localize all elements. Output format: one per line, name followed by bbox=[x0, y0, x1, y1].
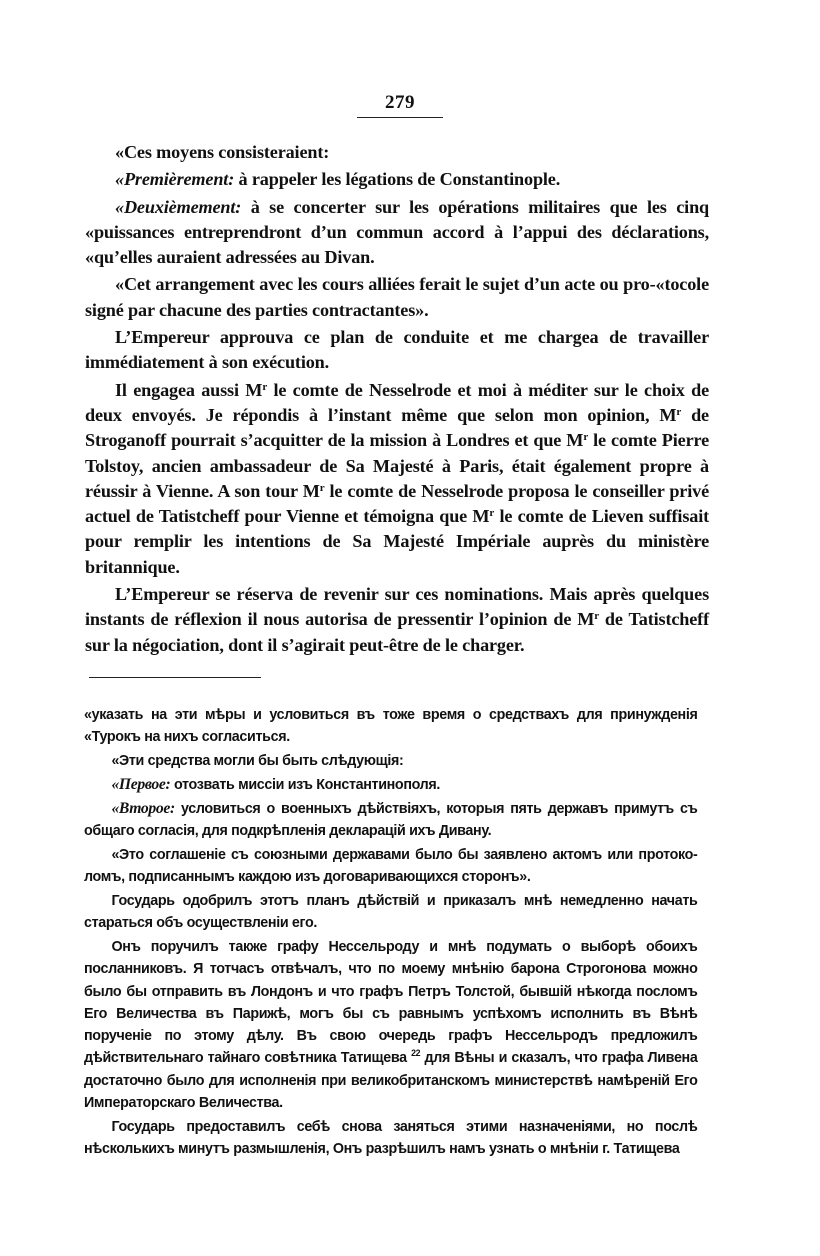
page-number: 279 bbox=[356, 92, 444, 114]
footnote-reference[interactable]: 22 bbox=[411, 1049, 420, 1059]
paragraph: Il engagea aussi Mr le comte de Nesselro… bbox=[85, 378, 709, 580]
french-text-block: «Ces moyens consisteraient: «Premièremen… bbox=[85, 140, 709, 660]
enumeration-label: «Premièrement: bbox=[115, 169, 234, 189]
paragraph-text: Государь предоставилъ себѣ снова занятьс… bbox=[84, 1119, 697, 1157]
paragraph: «Deuxièmement: à se concerter sur les op… bbox=[85, 195, 709, 271]
paragraph-text: «Это соглашеніе съ союзными державами бы… bbox=[84, 847, 697, 885]
paragraph-text: à rappeler les légations de Constantinop… bbox=[234, 169, 560, 189]
page-number-underline bbox=[357, 117, 443, 118]
paragraph: L’Empereur approuva ce plan de conduite … bbox=[85, 325, 709, 376]
paragraph-text: Государь одобрилъ этотъ планъ дѣйствій и… bbox=[84, 893, 697, 931]
paragraph-text: L’Empereur approuva ce plan de conduite … bbox=[85, 327, 709, 372]
paragraph: «Cet arrangement avec les cours alliées … bbox=[85, 272, 709, 323]
paragraph-text: «Эти средства могли бы быть слѣдующія: bbox=[111, 753, 403, 769]
paragraph: Онъ поручилъ также графу Нессельроду и м… bbox=[84, 936, 697, 1114]
paragraph: L’Empereur se réserva de revenir sur ces… bbox=[85, 582, 709, 658]
enumeration-label: «Второе: bbox=[111, 800, 174, 817]
paragraph-text: «указать на эти мѣры и условиться въ тож… bbox=[84, 707, 697, 745]
paragraph-text: «Cet arrangement avec les cours alliées … bbox=[85, 274, 709, 319]
paragraph: «Ces moyens consisteraient: bbox=[85, 140, 709, 165]
paragraph: «Второе: условиться о военныхъ дѣйствіях… bbox=[84, 798, 697, 843]
enumeration-label: «Deuxièmement: bbox=[115, 197, 241, 217]
paragraph: «Эти средства могли бы быть слѣдующія: bbox=[84, 750, 697, 772]
paragraph: «Premièrement: à rappeler les légations … bbox=[85, 167, 709, 192]
paragraph: Государь предоставилъ себѣ снова занятьс… bbox=[84, 1116, 697, 1161]
paragraph-text: Il engagea aussi M bbox=[115, 380, 262, 400]
paragraph-text: отозвать миссіи изъ Константинополя. bbox=[170, 777, 440, 793]
paragraph-text: условиться о военныхъ дѣйствіяхъ, которы… bbox=[84, 801, 697, 839]
section-divider bbox=[89, 677, 261, 678]
enumeration-label: «Первое: bbox=[111, 776, 170, 793]
book-page: 279 «Ces moyens consisteraient: «Premièr… bbox=[0, 0, 820, 1256]
paragraph: «указать на эти мѣры и условиться въ тож… bbox=[84, 704, 697, 749]
paragraph-text: Онъ поручилъ также графу Нессельроду и м… bbox=[84, 939, 697, 1066]
paragraph: Государь одобрилъ этотъ планъ дѣйствій и… bbox=[84, 890, 697, 935]
paragraph-text: «Ces moyens consisteraient: bbox=[115, 142, 329, 162]
russian-text-block: «указать на эти мѣры и условиться въ тож… bbox=[84, 704, 697, 1162]
paragraph: «Это соглашеніе съ союзными державами бы… bbox=[84, 844, 697, 889]
page-header: 279 bbox=[356, 92, 444, 118]
paragraph: «Первое: отозвать миссіи изъ Константино… bbox=[84, 774, 697, 796]
